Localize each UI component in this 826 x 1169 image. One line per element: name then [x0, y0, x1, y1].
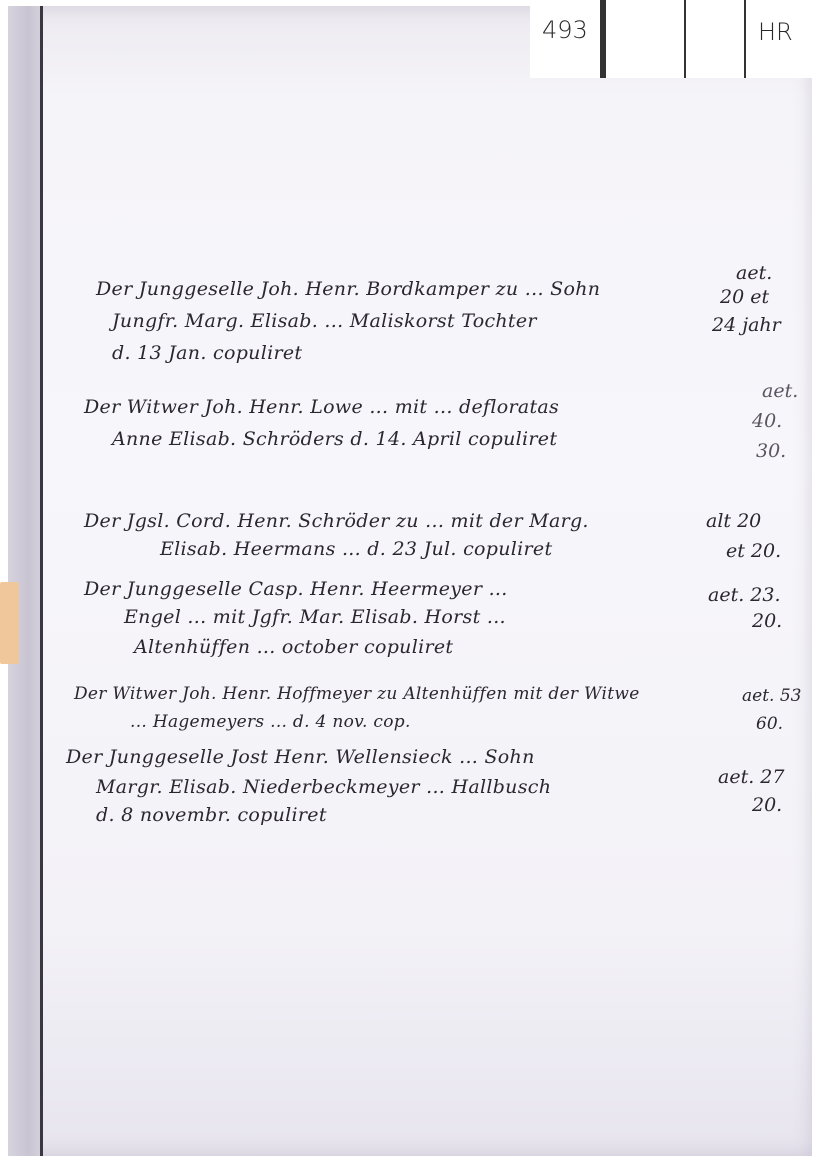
- entry-line: Der Witwer Joh. Henr. Hoffmeyer zu Alten…: [74, 684, 640, 704]
- entry-line: ... Hagemeyers ... d. 4 nov. cop.: [130, 712, 411, 732]
- entry-line: Der Jgsl. Cord. Henr. Schröder zu ... mi…: [84, 510, 589, 532]
- sticky-tab-marker: [0, 582, 19, 664]
- entry-line: Der Witwer Joh. Henr. Lowe ... mit ... d…: [84, 396, 559, 418]
- age-note: aet. 27: [718, 766, 784, 788]
- ref-divider: [744, 0, 746, 78]
- entry-line: Anne Elisab. Schröders d. 14. April copu…: [112, 428, 557, 450]
- entry-line: Elisab. Heermans ... d. 23 Jul. copulire…: [160, 538, 552, 560]
- page-binding: [8, 6, 42, 1156]
- binding-fold-line: [40, 6, 43, 1156]
- age-note: aet.: [762, 380, 798, 402]
- entry-line: Der Junggeselle Joh. Henr. Bordkamper zu…: [96, 278, 600, 300]
- reference-label-box: 493 HR: [530, 0, 812, 78]
- age-note: aet.: [736, 262, 772, 284]
- age-note: 20.: [752, 610, 782, 632]
- entry-line: d. 8 novembr. copuliret: [96, 804, 327, 826]
- age-note: aet. 53: [742, 686, 801, 706]
- age-note: 30.: [756, 440, 786, 462]
- age-note: alt 20: [706, 510, 761, 532]
- age-note: et 20.: [726, 540, 781, 562]
- age-note: 24 jahr: [712, 314, 781, 336]
- entry-line: Der Junggeselle Casp. Henr. Heermeyer ..…: [84, 578, 508, 600]
- entry-line: d. 13 Jan. copuliret: [112, 342, 302, 364]
- age-note: 60.: [756, 714, 783, 734]
- age-note: 20.: [752, 794, 782, 816]
- archivist-initials: HR: [758, 18, 793, 46]
- entry-line: Der Junggeselle Jost Henr. Wellensieck .…: [66, 746, 535, 768]
- page-number: 493: [542, 16, 588, 44]
- age-note: 40.: [752, 410, 782, 432]
- age-note: 20 et: [720, 286, 769, 308]
- age-note: aet. 23.: [708, 584, 781, 606]
- entry-line: Engel ... mit Jgfr. Mar. Elisab. Horst .…: [124, 606, 506, 628]
- entry-line: Altenhüffen ... october copuliret: [134, 636, 453, 658]
- ref-divider-thick: [600, 0, 606, 78]
- entry-line: Jungfr. Marg. Elisab. ... Maliskorst Toc…: [112, 310, 537, 332]
- ref-divider: [684, 0, 686, 78]
- entry-line: Margr. Elisab. Niederbeckmeyer ... Hallb…: [96, 776, 551, 798]
